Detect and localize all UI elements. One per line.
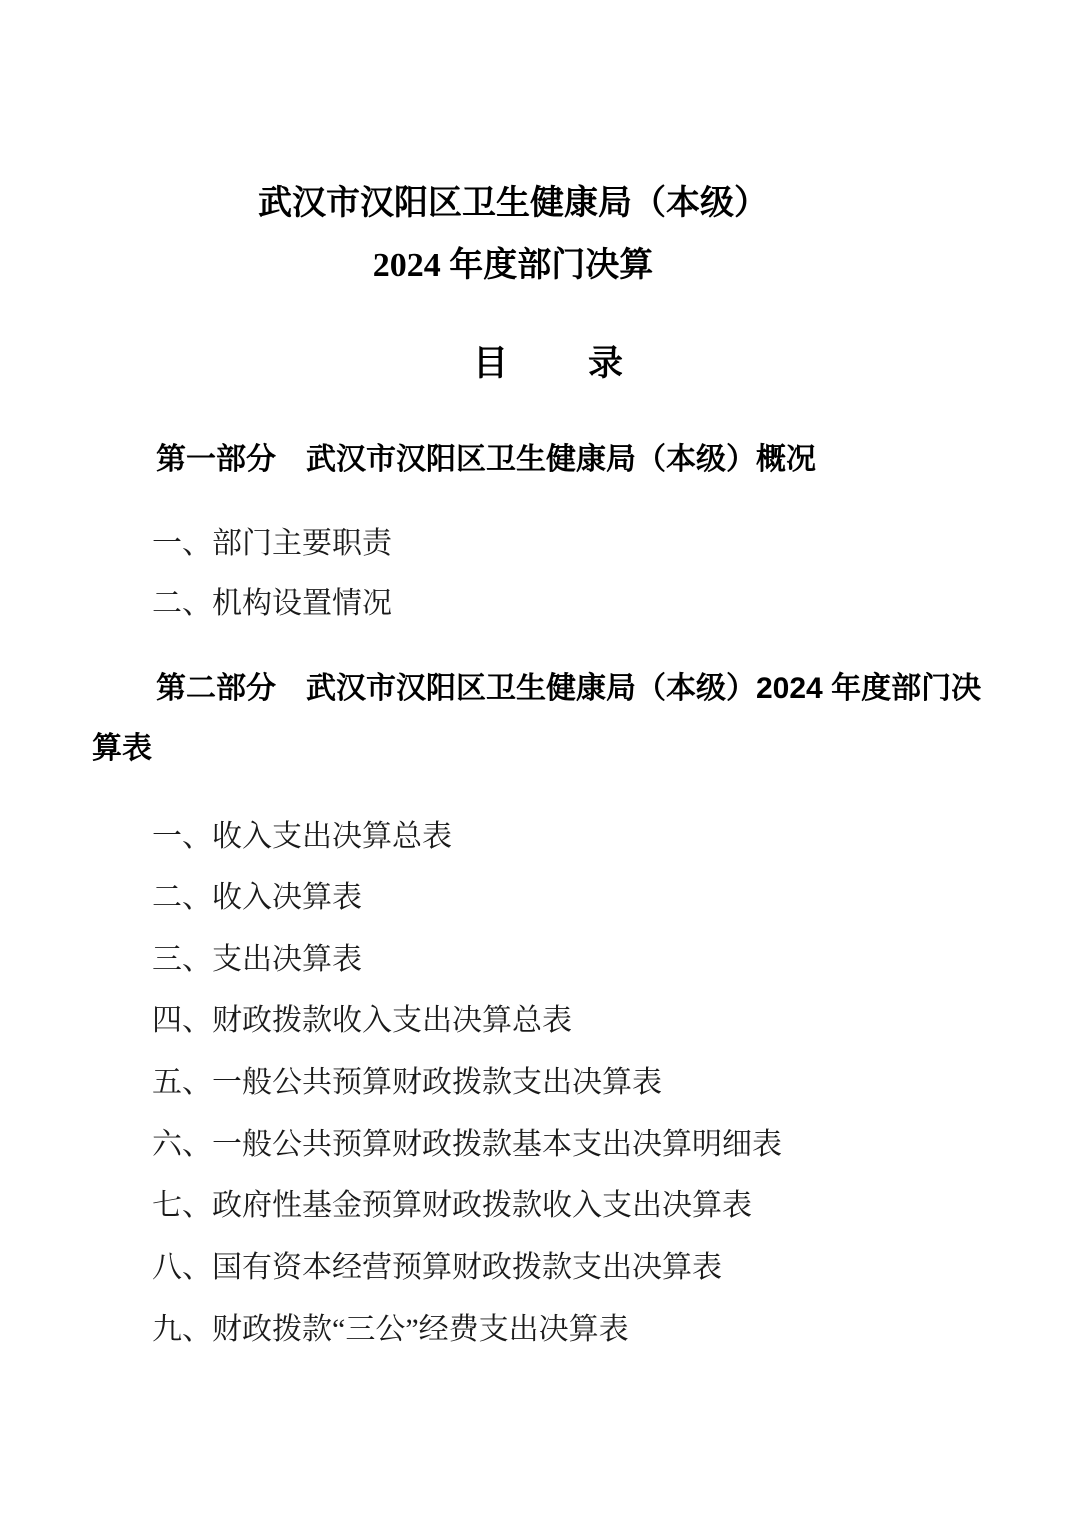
toc-heading-char-right: 录 (588, 344, 623, 383)
document-page: 武汉市汉阳区卫生健康局（本级） 2024 年度部门决算 目录 第一部分 武汉市汉… (0, 0, 1069, 1514)
toc-entry: 九、财政拨款“三公”经费支出决算表 (152, 1311, 629, 1349)
toc-entry: 一、部门主要职责 (152, 525, 392, 563)
toc-entry: 八、国有资本经营预算财政拨款支出决算表 (152, 1249, 722, 1287)
toc-entry: 一、收入支出决算总表 (152, 818, 452, 856)
toc-entry: 七、政府性基金预算财政拨款收入支出决算表 (152, 1187, 752, 1225)
part1-heading: 第一部分 武汉市汉阳区卫生健康局（本级）概况 (156, 441, 816, 479)
toc-entry: 四、财政拨款收入支出决算总表 (152, 1002, 572, 1040)
toc-heading-char-left: 目 (473, 344, 508, 383)
toc-entry: 三、支出决算表 (152, 941, 362, 979)
toc-entry: 六、一般公共预算财政拨款基本支出决算明细表 (152, 1126, 782, 1164)
part2-heading-line1: 第二部分 武汉市汉阳区卫生健康局（本级）2024 年度部门决 (156, 670, 981, 708)
toc-entry: 二、机构设置情况 (152, 585, 392, 623)
toc-entry: 五、一般公共预算财政拨款支出决算表 (152, 1064, 662, 1102)
part2-heading-line2: 算表 (92, 730, 152, 768)
doc-title-line1: 武汉市汉阳区卫生健康局（本级） (92, 184, 934, 224)
doc-title-line2: 2024 年度部门决算 (92, 246, 934, 286)
toc-heading: 目录 (92, 344, 934, 384)
toc-entry: 二、收入决算表 (152, 879, 362, 917)
